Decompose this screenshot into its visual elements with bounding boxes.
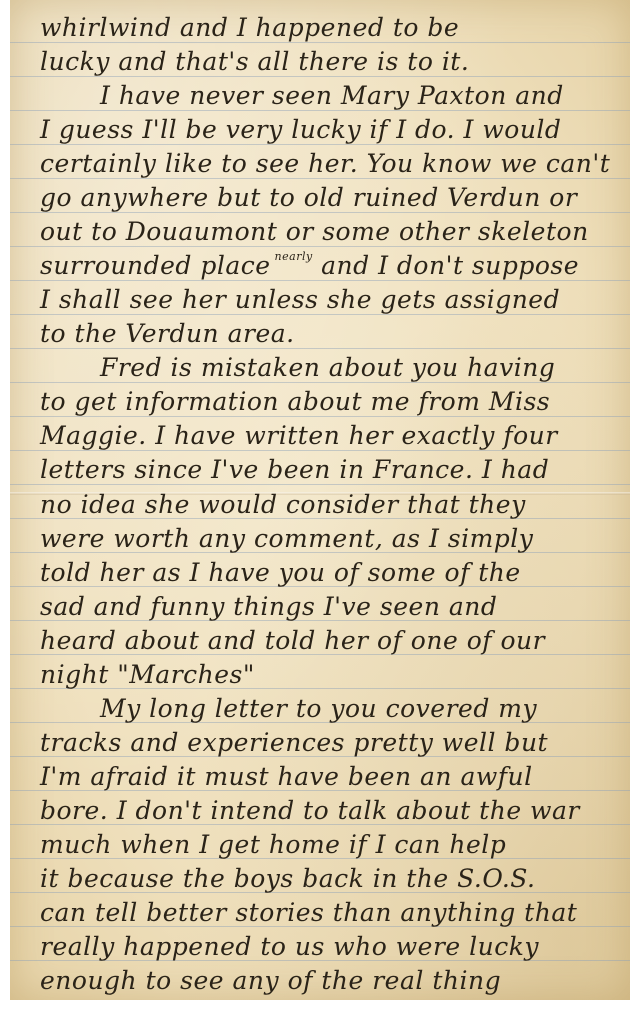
text-line: enough to see any of the real thing xyxy=(40,966,501,996)
text-line: told her as I have you of some of the xyxy=(40,558,521,588)
text-line: tracks and experiences pretty well but xyxy=(40,728,548,758)
text-line: lucky and that's all there is to it. xyxy=(40,47,469,77)
text-line: I'm afraid it must have been an awful xyxy=(40,762,533,792)
text-line: certainly like to see her. You know we c… xyxy=(40,149,610,179)
text-line: surrounded place nearly and I don't supp… xyxy=(40,251,579,286)
text-line: were worth any comment, as I simply xyxy=(40,524,533,554)
insertion-mark: nearly xyxy=(271,250,313,263)
text-line: go anywhere but to old ruined Verdun or xyxy=(40,183,577,213)
text-line: I guess I'll be very lucky if I do. I wo… xyxy=(40,115,561,145)
text-line: sad and funny things I've seen and xyxy=(40,592,497,622)
text-line: heard about and told her of one of our xyxy=(40,626,545,656)
text-line: it because the boys back in the S.O.S. xyxy=(40,864,536,894)
text-line: night "Marches" xyxy=(40,660,255,690)
text-line: letters since I've been in France. I had xyxy=(40,455,549,485)
text-line: bore. I don't intend to talk about the w… xyxy=(40,796,580,826)
text-line: out to Douaumont or some other skeleton xyxy=(40,217,589,247)
text-line: I shall see her unless she gets assigned xyxy=(40,285,560,315)
text-line: much when I get home if I can help xyxy=(40,830,506,860)
text-line: Fred is mistaken about you having xyxy=(40,353,555,383)
text-line: to get information about me from Miss xyxy=(40,387,550,417)
text-line: whirlwind and I happened to be xyxy=(40,13,459,43)
text-line: no idea she would consider that they xyxy=(40,490,526,520)
text-line: can tell better stories than anything th… xyxy=(40,898,577,928)
text-line: really happened to us who were lucky xyxy=(40,932,539,962)
text-line: Maggie. I have written her exactly four xyxy=(40,421,558,451)
letter-page: whirlwind and I happened to belucky and … xyxy=(10,0,630,1000)
text-line: to the Verdun area. xyxy=(40,319,295,349)
text-line: I have never seen Mary Paxton and xyxy=(40,81,564,111)
text-line: My long letter to you covered my xyxy=(40,694,537,724)
